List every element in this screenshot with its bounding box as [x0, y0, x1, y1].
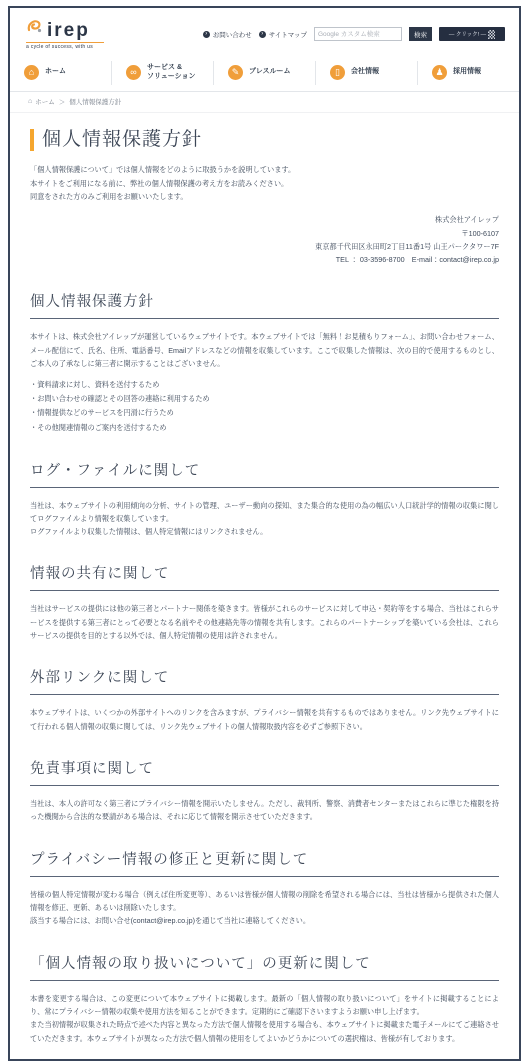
section-paragraph: 皆様の個人特定情報が変わる場合（例えば住所変更等）、あるいは皆様が個人情報の削除… — [30, 888, 499, 915]
checkered-flag-icon — [488, 30, 495, 39]
nav-item-pressroom[interactable]: ✎ プレスルーム — [213, 61, 315, 85]
breadcrumb-home-label: ホーム — [35, 97, 55, 106]
purpose-list: ・資料請求に対し、資料を送付するため ・お問い合わせの確認とその回答の連絡に利用… — [30, 378, 499, 434]
breadcrumb-current: 個人情報保護方針 — [69, 97, 121, 106]
breadcrumb: ⌂ ホーム ＞ 個人情報保護方針 — [10, 92, 519, 113]
search-button[interactable]: 検索 — [409, 27, 432, 41]
nav-label: ホーム — [45, 68, 66, 77]
section-handling-update: 「個人情報の取り扱いについて」の更新に関して 本書を変更する場合は、この変更につ… — [30, 952, 499, 1045]
home-icon: ⌂ — [24, 65, 39, 80]
header: irep a cycle of success, with us › お問い合わ… — [10, 8, 519, 56]
company-tel-email: TEL ： 03-3596-8700 E-mail：contact@irep.c… — [30, 253, 499, 266]
breadcrumb-separator: ＞ — [59, 97, 66, 106]
nav-label: 採用情報 — [453, 68, 481, 77]
infinity-icon: ∞ — [126, 65, 141, 80]
contact-link[interactable]: › お問い合わせ — [203, 30, 252, 39]
logo-brand: irep — [47, 21, 90, 40]
section-paragraph: 本書を変更する場合は、この変更について本ウェブサイトに掲載します。最新の「個人情… — [30, 992, 499, 1019]
intro-line: 本サイトをご利用になる前に、弊社の個人情報保護の考え方をお読みください。 — [30, 177, 499, 190]
promo-banner[interactable]: ― クリック! ― — [439, 27, 505, 41]
section-heading: 免責事項に関して — [30, 757, 499, 786]
sitemap-link-label: サイトマップ — [269, 30, 307, 39]
contact-bullet-icon: › — [203, 31, 210, 38]
section-heading: 個人情報保護方針 — [30, 290, 499, 319]
section-paragraph: 該当する場合には、お問い合せ(contact@irep.co.jp)を通じて当社… — [30, 914, 499, 927]
company-postal-code: 〒100-6107 — [30, 227, 499, 240]
list-item: ・お問い合わせの確認とその回答の連絡に利用するため — [30, 392, 499, 406]
building-icon: ▯ — [330, 65, 345, 80]
list-item: ・資料請求に対し、資料を送付するため — [30, 378, 499, 392]
section-log-files: ログ・ファイルに関して 当社は、本ウェブサイトの利用傾向の分析、サイトの管理、ユ… — [30, 459, 499, 539]
nav-item-recruit[interactable]: ♟ 採用情報 — [417, 61, 519, 85]
page-title: 個人情報保護方針 — [30, 129, 499, 152]
section-privacy-correction-update: プライバシー情報の修正と更新に関して 皆様の個人特定情報が変わる場合（例えば住所… — [30, 848, 499, 928]
section-paragraph: 本サイトは、株式会社アイレップが運営しているウェブサイトです。本ウェブサイトでは… — [30, 330, 499, 370]
logo-tagline: a cycle of success, with us — [26, 42, 104, 50]
global-nav: ⌂ ホーム ∞ サービス &ソリューション ✎ プレスルーム ▯ 会社情報 ♟ … — [10, 56, 519, 92]
google-custom-search-input[interactable] — [314, 27, 402, 41]
breadcrumb-home-link[interactable]: ⌂ ホーム — [28, 97, 55, 106]
section-paragraph: 当社は、本ウェブサイトの利用傾向の分析、サイトの管理、ユーザー動向の探知、また集… — [30, 499, 499, 526]
section-heading: 外部リンクに関して — [30, 666, 499, 695]
intro-line: 「個人情報保護について」では個人情報をどのように取扱うかを説明しています。 — [30, 163, 499, 176]
sitemap-link[interactable]: › サイトマップ — [259, 30, 307, 39]
section-paragraph: 当社は、本人の許可なく第三者にプライバシー情報を開示いたしません。ただし、裁判所… — [30, 797, 499, 824]
logo-swoosh-icon — [26, 18, 43, 40]
nav-label: 会社情報 — [351, 68, 379, 77]
company-info: 株式会社アイレップ 〒100-6107 東京都千代田区永田町2丁目11番1号 山… — [30, 213, 499, 266]
section-paragraph: ログファイルより収集した情報は、個人特定情報にはリンクされません。 — [30, 525, 499, 538]
promo-banner-label: ― クリック! ― — [449, 30, 486, 38]
nav-label: プレスルーム — [249, 68, 291, 77]
section-heading: 情報の共有に関して — [30, 562, 499, 591]
section-external-links: 外部リンクに関して 本ウェブサイトは、いくつかの外部サイトへのリンクを含みますが… — [30, 666, 499, 733]
section-disclaimer: 免責事項に関して 当社は、本人の許可なく第三者にプライバシー情報を開示いたしませ… — [30, 757, 499, 824]
section-paragraph: 本ウェブサイトは、いくつかの外部サイトへのリンクを含みますが、プライバシー情報を… — [30, 706, 499, 733]
list-item: ・その他関連情報のご案内を送付するため — [30, 421, 499, 435]
nav-item-company[interactable]: ▯ 会社情報 — [315, 61, 417, 85]
contact-link-label: お問い合わせ — [213, 30, 252, 39]
person-icon: ♟ — [432, 65, 447, 80]
page-frame: irep a cycle of success, with us › お問い合わ… — [8, 6, 521, 1061]
logo[interactable]: irep a cycle of success, with us — [26, 18, 104, 50]
nav-item-services-solutions[interactable]: ∞ サービス &ソリューション — [111, 61, 213, 85]
intro-line: 同意をされた方のみご利用をお願いいたします。 — [30, 190, 499, 203]
section-policy: 個人情報保護方針 本サイトは、株式会社アイレップが運営しているウェブサイトです。… — [30, 290, 499, 434]
pencil-icon: ✎ — [228, 65, 243, 80]
intro-text: 「個人情報保護について」では個人情報をどのように取扱うかを説明しています。 本サ… — [30, 163, 499, 203]
list-item: ・情報提供などのサービスを円滑に行うため — [30, 406, 499, 420]
nav-item-home[interactable]: ⌂ ホーム — [10, 61, 111, 85]
section-information-sharing: 情報の共有に関して 当社はサービスの提供には他の第三者とパートナー関係を築きます… — [30, 562, 499, 642]
company-address: 東京都千代田区永田町2丁目11番1号 山王パークタワー7F — [30, 240, 499, 253]
section-heading: プライバシー情報の修正と更新に関して — [30, 848, 499, 877]
section-paragraph: 当社はサービスの提供には他の第三者とパートナー関係を築きます。皆様がこれらのサー… — [30, 602, 499, 642]
section-heading: ログ・ファイルに関して — [30, 459, 499, 488]
nav-label: サービス & — [147, 64, 196, 73]
sitemap-bullet-icon: › — [259, 31, 266, 38]
company-name: 株式会社アイレップ — [30, 213, 499, 226]
section-paragraph: また当初情報が収集された時点で述べた内容と異なった方法で個人情報を使用する場合も… — [30, 1018, 499, 1045]
section-heading: 「個人情報の取り扱いについて」の更新に関して — [30, 952, 499, 981]
main-content: 個人情報保護方針 「個人情報保護について」では個人情報をどのように取扱うかを説明… — [10, 113, 519, 1059]
breadcrumb-home-icon: ⌂ — [28, 98, 32, 105]
